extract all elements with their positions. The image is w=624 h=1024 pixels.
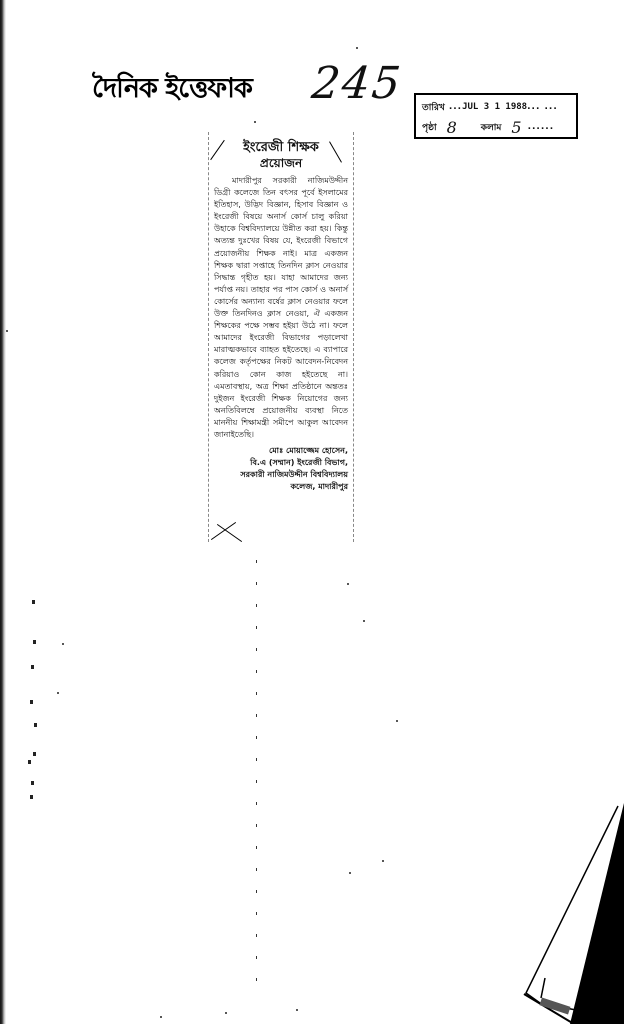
stamp-date-label: তারিখ <box>422 100 445 115</box>
stamp-column-value: 5 <box>511 118 521 137</box>
signature-institution: সরকারী নাজিমউদ্দীন বিশ্ববিদ্যালয় <box>214 469 348 481</box>
signature-name: মোঃ মোয়াজ্জেম হোসেন, <box>214 445 348 457</box>
clipping-subtitle: প্রয়োজন <box>214 156 348 171</box>
pen-mark <box>211 522 236 540</box>
stamp-page-label: পৃষ্ঠা <box>422 120 437 135</box>
clipping-body: মাদারীপুর সরকারী নাজিমউদ্দীন ডিগ্রী কলেজ… <box>214 175 348 441</box>
stamp-dots: ...... <box>528 122 555 132</box>
newspaper-clipping: ইংরেজী শিক্ষক প্রয়োজন মাদারীপুর সরকারী … <box>208 132 354 542</box>
scan-artifact-line <box>256 560 257 1000</box>
signature-department: বি.এ (সম্মান) ইংরেজী বিভাগ, <box>214 457 348 469</box>
stamp-column-label: কলাম <box>481 120 502 135</box>
clipping-signature: মোঃ মোয়াজ্জেম হোসেন, বি.এ (সম্মান) ইংরে… <box>214 445 348 493</box>
stamp-date-value: JUL 3 1 1988 <box>462 102 527 112</box>
stamp-page-value: 8 <box>447 118 457 137</box>
stamp-date-row: তারিখ ... JUL 3 1 1988 ... ... <box>422 97 570 117</box>
clipping-stamp: তারিখ ... JUL 3 1 1988 ... ... পৃষ্ঠা 8 … <box>414 93 578 139</box>
handwritten-page-number: 245 <box>309 58 404 109</box>
signature-location: কলেজ, মাদারীপুর <box>214 481 348 493</box>
stamp-page-row: পৃষ্ঠা 8 কলাম 5 ...... <box>422 117 570 137</box>
clipping-title: ইংরেজী শিক্ষক <box>214 140 348 156</box>
scan-left-edge <box>0 0 6 1024</box>
stamp-dots: ... ... <box>527 102 558 112</box>
stamp-dots: ... <box>449 102 462 112</box>
newspaper-masthead: দৈনিক ইত্তেফাক <box>92 68 252 113</box>
